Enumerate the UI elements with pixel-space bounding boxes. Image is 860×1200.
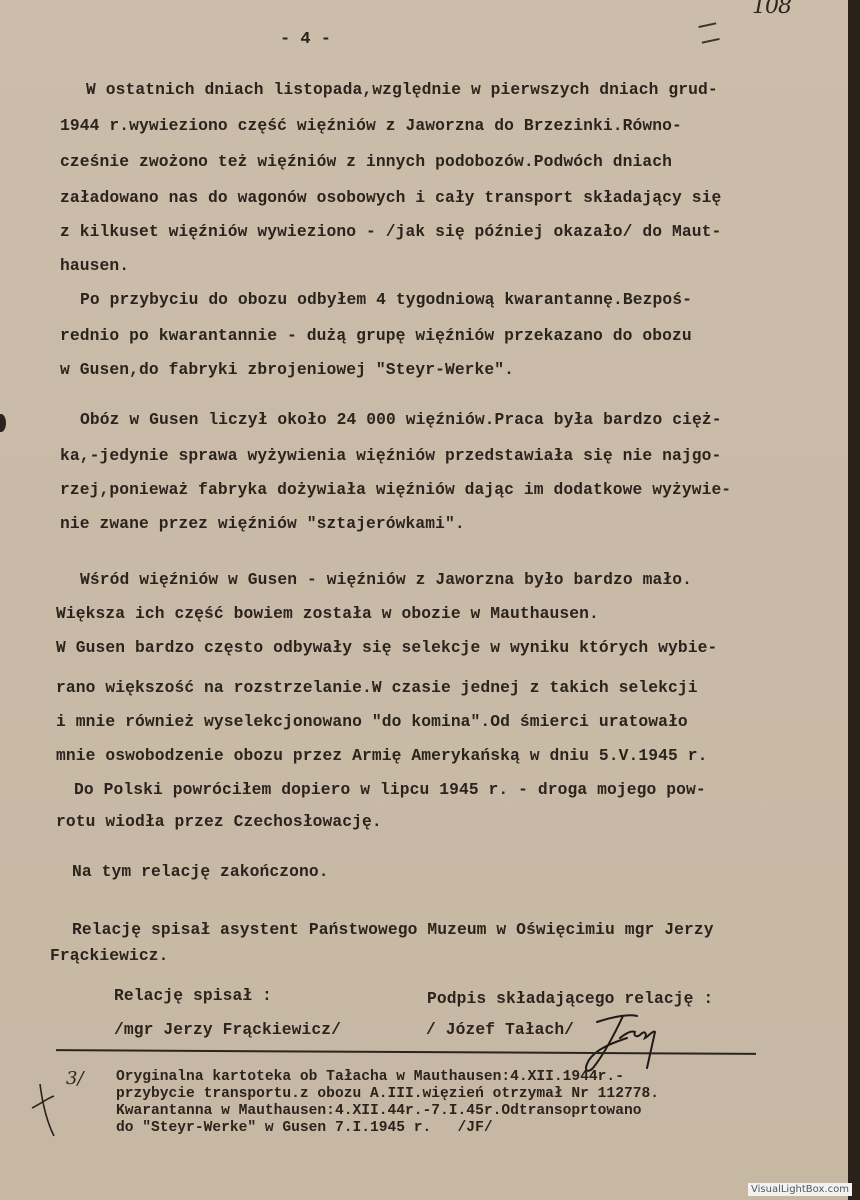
footnote-line: do "Steyr-Werke" w Gusen 7.I.1945 r. /JF… xyxy=(116,1121,493,1136)
text-line: hausen. xyxy=(60,256,129,275)
text-line: Wśród więźniów w Gusen - więźniów z Jawo… xyxy=(80,570,692,589)
text-line: Do Polski powróciłem dopiero w lipcu 194… xyxy=(74,780,706,799)
text-line: cześnie zwożono też więźniów z innych po… xyxy=(60,152,672,171)
punch-hole xyxy=(0,414,6,432)
watermark: VisualLightBox.com xyxy=(748,1183,852,1196)
text-line: W ostatnich dniach listopada,względnie w… xyxy=(86,80,718,99)
text-line: mnie oswobodzenie obozu przez Armię Amer… xyxy=(56,746,707,765)
document-page: 108 - 4 - W ostatnich dniach listopada,w… xyxy=(0,0,848,1200)
page-edge-border xyxy=(848,0,860,1200)
text-line: Obóz w Gusen liczył około 24 000 więźnió… xyxy=(80,410,722,429)
text-line: i mnie również wyselekcjonowano "do komi… xyxy=(56,712,688,731)
text-line: w Gusen,do fabryki zbrojeniowej "Steyr-W… xyxy=(60,360,514,379)
recorder-label: Relację spisał : xyxy=(114,986,272,1005)
page-number: - 4 - xyxy=(280,30,331,49)
text-line: Relację spisał asystent Państwowego Muze… xyxy=(72,920,714,939)
text-line: ka,-jedynie sprawa wyżywienia więźniów p… xyxy=(60,446,721,465)
footnote-line: przybycie transportu.z obozu A.III.więzi… xyxy=(116,1087,659,1102)
footnote-line: Kwarantanna w Mauthausen:4.XII.44r.-7.I.… xyxy=(116,1104,641,1119)
witness-name: / Józef Tałach/ xyxy=(426,1020,574,1039)
text-line: nie zwane przez więźniów "sztajerówkami"… xyxy=(60,514,465,533)
text-line: rednio po kwarantannie - dużą grupę więź… xyxy=(60,326,692,345)
handwritten-signature-icon xyxy=(575,1008,665,1078)
text-line: załadowano nas do wagonów osobowych i ca… xyxy=(60,188,721,207)
recorder-name: /mgr Jerzy Frąckiewicz/ xyxy=(114,1020,341,1039)
footnote-line: Oryginalna kartoteka ob Tałacha w Mautha… xyxy=(116,1070,624,1085)
text-line: rzej,ponieważ fabryka dożywiała więźniów… xyxy=(60,480,731,499)
text-line: Frąckiewicz. xyxy=(50,946,168,965)
text-line: Większa ich część bowiem została w obozi… xyxy=(56,604,599,623)
text-line: rotu wiodła przez Czechosłowację. xyxy=(56,812,382,831)
footnote-marker: 3/ xyxy=(66,1068,84,1089)
text-line: Po przybyciu do obozu odbyłem 4 tygodnio… xyxy=(80,290,692,309)
text-line: Na tym relację zakończono. xyxy=(72,862,329,881)
handwritten-mark xyxy=(698,22,719,43)
text-line: W Gusen bardzo często odbywały się selek… xyxy=(56,638,717,657)
text-line: rano większość na rozstrzelanie.W czasie… xyxy=(56,678,698,697)
handwritten-cross-icon xyxy=(28,1080,68,1140)
archive-number: 108 xyxy=(752,0,791,19)
witness-label: Podpis składającego relację : xyxy=(427,989,713,1008)
text-line: z kilkuset więźniów wywieziono - /jak si… xyxy=(60,222,721,241)
text-line: 1944 r.wywieziono część więźniów z Jawor… xyxy=(60,116,682,135)
